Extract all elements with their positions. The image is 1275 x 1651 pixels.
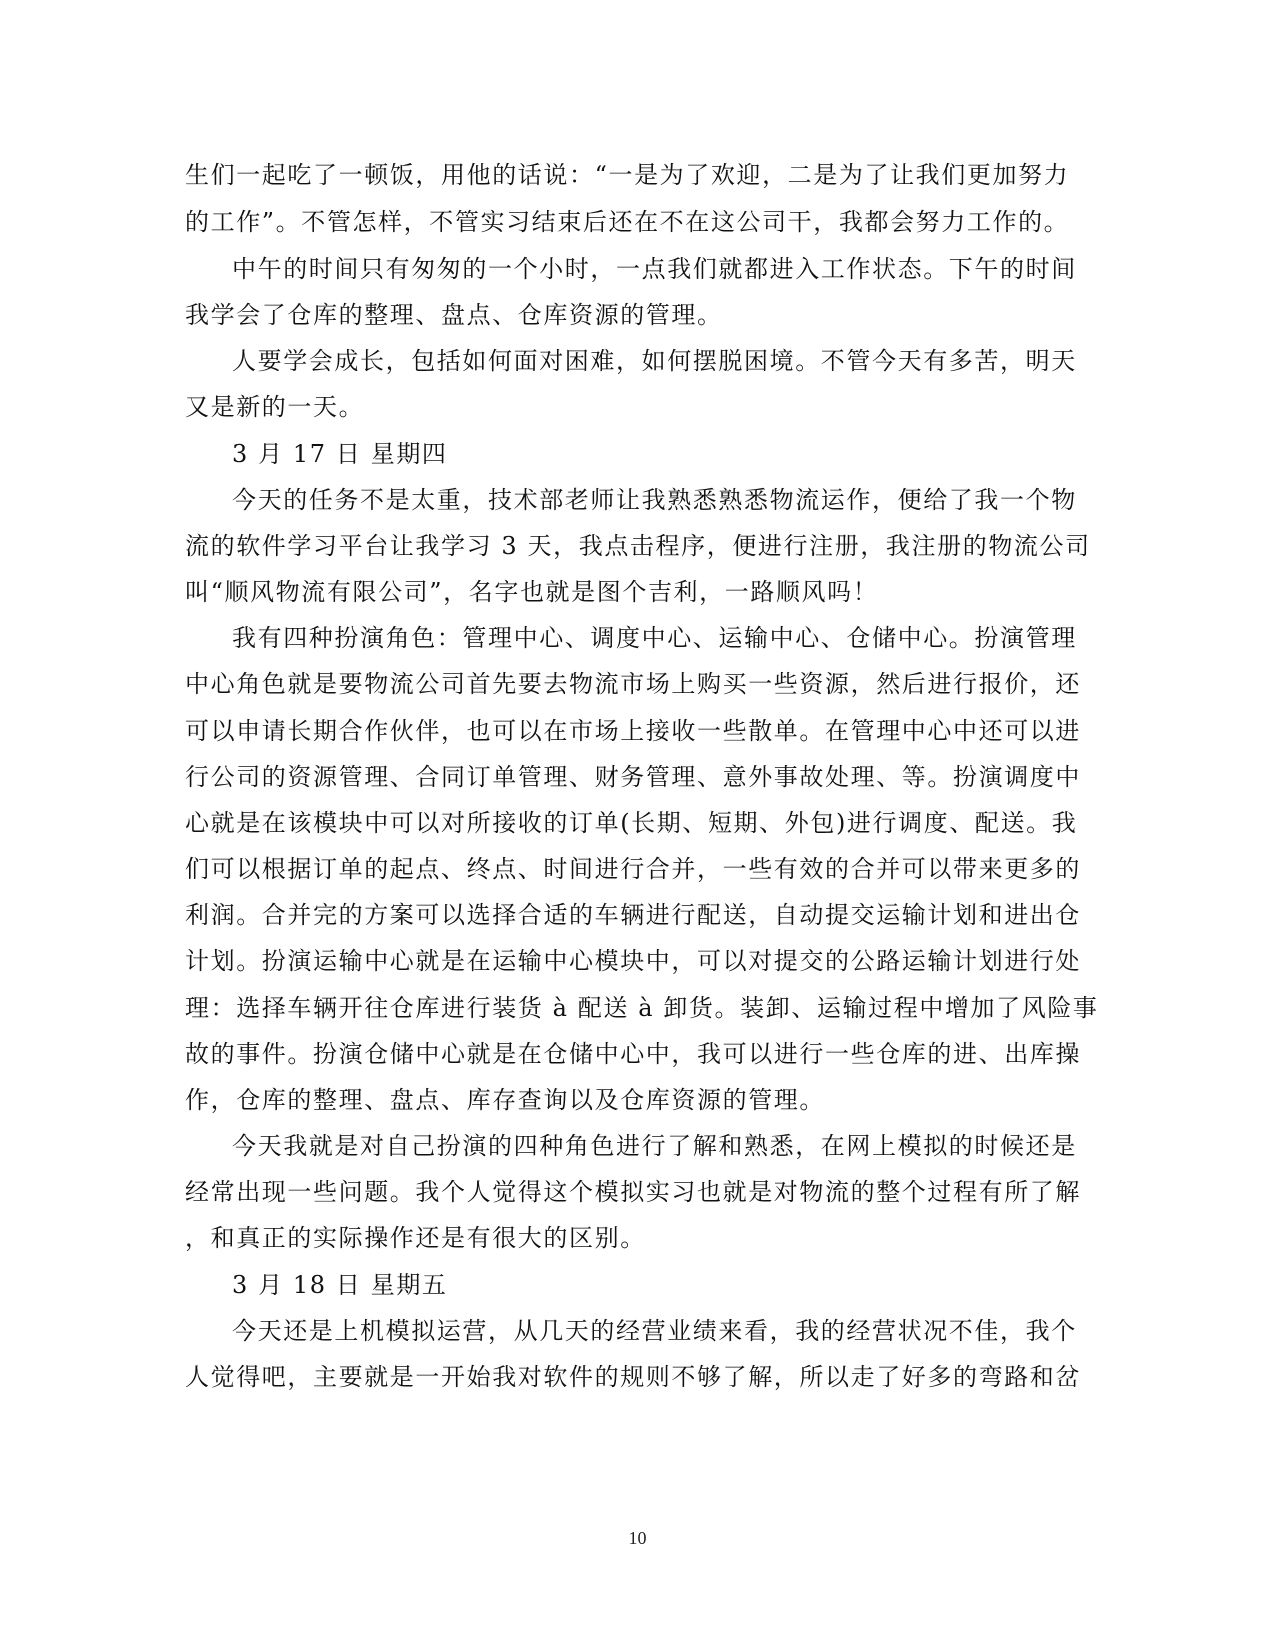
- text-line: 又是新的一天。: [185, 392, 1017, 422]
- paragraph-start-line: 人要学会成长，包括如何面对困难，如何摆脱困境。不管今天有多苦，明天: [232, 346, 1017, 376]
- text-line: 经常出现一些问题。我个人觉得这个模拟实习也就是对物流的整个过程有所了解: [185, 1177, 1017, 1207]
- text-line: 人觉得吧，主要就是一开始我对软件的规则不够了解，所以走了好多的弯路和岔: [185, 1362, 1017, 1392]
- text-line: 的工作”。不管怎样，不管实习结束后还在不在这公司干，我都会努力工作的。: [185, 207, 1017, 237]
- text-line: 可以申请长期合作伙伴，也可以在市场上接收一些散单。在管理中心中还可以进: [185, 716, 1017, 746]
- text-line: 故的事件。扮演仓储中心就是在仓储中心中，我可以进行一些仓库的进、出库操: [185, 1039, 1017, 1069]
- text-line: 理：选择车辆开往仓库进行装货 à 配送 à 卸货。装卸、运输过程中增加了风险事: [185, 993, 1017, 1023]
- text-line: 们可以根据订单的起点、终点、时间进行合并，一些有效的合并可以带来更多的: [185, 854, 1017, 884]
- page-number: 10: [0, 1528, 1275, 1549]
- document-page: 生们一起吃了一顿饭，用他的话说：“一是为了欢迎，二是为了让我们更加努力 的工作”…: [0, 0, 1275, 1651]
- date-heading: 3 月 18 日 星期五: [232, 1270, 1017, 1300]
- text-line: 叫“顺风物流有限公司”，名字也就是图个吉利，一路顺风吗！: [185, 577, 1017, 607]
- text-line: 计划。扮演运输中心就是在运输中心模块中，可以对提交的公路运输计划进行处: [185, 946, 1017, 976]
- text-line: 流的软件学习平台让我学习 3 天，我点击程序，便进行注册，我注册的物流公司: [185, 531, 1017, 561]
- text-line: 生们一起吃了一顿饭，用他的话说：“一是为了欢迎，二是为了让我们更加努力: [185, 160, 1017, 190]
- text-line: 心就是在该模块中可以对所接收的订单(长期、短期、外包)进行调度、配送。我: [185, 808, 1017, 838]
- paragraph-start-line: 今天我就是对自己扮演的四种角色进行了解和熟悉，在网上模拟的时候还是: [232, 1131, 1017, 1161]
- paragraph-start-line: 今天的任务不是太重，技术部老师让我熟悉熟悉物流运作，便给了我一个物: [232, 485, 1017, 515]
- paragraph-start-line: 中午的时间只有匆匆的一个小时，一点我们就都进入工作状态。下午的时间: [232, 254, 1017, 284]
- date-heading: 3 月 17 日 星期四: [232, 439, 1017, 469]
- text-line: 我学会了仓库的整理、盘点、仓库资源的管理。: [185, 300, 1017, 330]
- paragraph-start-line: 今天还是上机模拟运营，从几天的经营业绩来看，我的经营状况不佳，我个: [232, 1316, 1017, 1346]
- text-line: 中心角色就是要物流公司首先要去物流市场上购买一些资源，然后进行报价，还: [185, 669, 1017, 699]
- text-line: 行公司的资源管理、合同订单管理、财务管理、意外事故处理、等。扮演调度中: [185, 762, 1017, 792]
- paragraph-start-line: 我有四种扮演角色：管理中心、调度中心、运输中心、仓储中心。扮演管理: [232, 623, 1017, 653]
- text-line: 作，仓库的整理、盘点、库存查询以及仓库资源的管理。: [185, 1085, 1017, 1115]
- text-line: 利润。合并完的方案可以选择合适的车辆进行配送，自动提交运输计划和进出仓: [185, 900, 1017, 930]
- text-line: ，和真正的实际操作还是有很大的区别。: [185, 1223, 1017, 1253]
